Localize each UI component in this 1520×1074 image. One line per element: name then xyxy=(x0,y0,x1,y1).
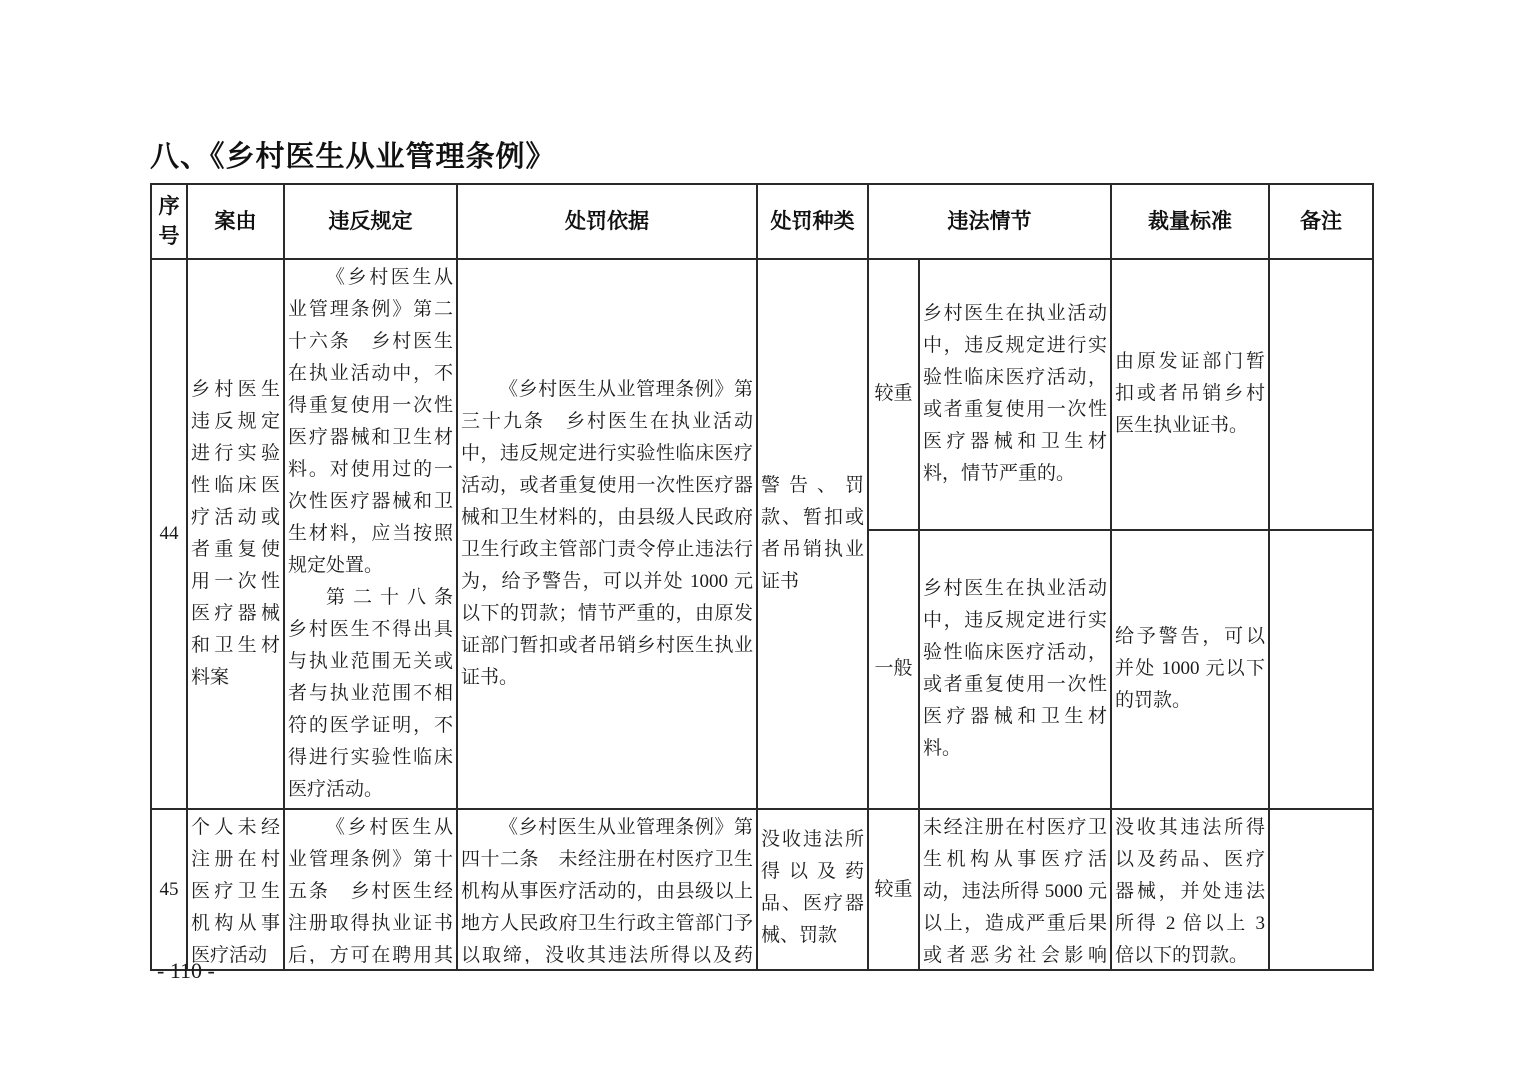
row45-grade-severe: 较重 xyxy=(868,809,919,970)
row45-violation-paragraph: 《乡村医生从业管理条例》第十五条 乡村医生经注册取得执业证书后，方可在聘用其执业… xyxy=(288,812,453,964)
table-row-45: 45 个人未经注册在村医疗卫生机构从事医疗活动 《乡村医生从业管理条例》第十五条… xyxy=(151,809,1373,970)
header-penalty-type: 处罚种类 xyxy=(757,184,868,259)
row45-penalty-type-text: 没收违法所得以及药品、医疗器械、罚款 xyxy=(761,812,864,964)
row45-standard-severe: 没收其违法所得以及药品、医疗器械，并处违法所得 2 倍以上 3 倍以下的罚款。 xyxy=(1111,809,1269,970)
row45-no: 45 xyxy=(151,809,187,970)
row44-case: 乡村医生违反规定进行实验性临床医疗活动或者重复使用一次性医疗器械和卫生材料案 xyxy=(187,259,284,809)
row45-remark xyxy=(1269,809,1373,970)
table-header-row: 序号 案由 违反规定 处罚依据 处罚种类 违法情节 裁量标准 备注 xyxy=(151,184,1373,259)
row44-standard-general: 给予警告，可以并处 1000 元以下的罚款。 xyxy=(1111,530,1269,809)
table-row-44-sub1: 44 乡村医生违反规定进行实验性临床医疗活动或者重复使用一次性医疗器械和卫生材料… xyxy=(151,259,1373,530)
header-violation: 违反规定 xyxy=(284,184,457,259)
penalty-regulation-table: 序号 案由 违反规定 处罚依据 处罚种类 违法情节 裁量标准 备注 44 乡村医… xyxy=(150,183,1374,971)
row44-standard-severe: 由原发证部门暂扣或者吊销乡村医生执业证书。 xyxy=(1111,259,1269,530)
row45-standard-text: 没收其违法所得以及药品、医疗器械，并处违法所得 2 倍以上 3 倍以下的罚款。 xyxy=(1115,812,1265,964)
header-circumstance: 违法情节 xyxy=(868,184,1111,259)
row44-basis-paragraph: 《乡村医生从业管理条例》第三十九条 乡村医生在执业活动中，违反规定进行实验性临床… xyxy=(461,374,753,694)
row44-circumstance-severe: 乡村医生在执业活动中，违反规定进行实验性临床医疗活动，或者重复使用一次性医疗器械… xyxy=(919,259,1111,530)
row45-circumstance-severe: 未经注册在村医疗卫生机构从事医疗活动，违法所得 5000 元以上，造成严重后果或… xyxy=(919,809,1111,970)
row45-violation: 《乡村医生从业管理条例》第十五条 乡村医生经注册取得执业证书后，方可在聘用其执业… xyxy=(284,809,457,970)
header-no: 序号 xyxy=(151,184,187,259)
header-basis: 处罚依据 xyxy=(457,184,757,259)
row44-grade-severe: 较重 xyxy=(868,259,919,530)
row45-case-text: 个人未经注册在村医疗卫生机构从事医疗活动 xyxy=(191,812,280,964)
page-title: 八、《乡村医生从业管理条例》 xyxy=(150,134,556,175)
row44-basis: 《乡村医生从业管理条例》第三十九条 乡村医生在执业活动中，违反规定进行实验性临床… xyxy=(457,259,757,809)
header-case: 案由 xyxy=(187,184,284,259)
row44-violation-paragraph-1: 《乡村医生从业管理条例》第二十六条 乡村医生在执业活动中，不得重复使用一次性医疗… xyxy=(288,262,453,582)
page-number: - 110 - xyxy=(157,958,215,984)
document-page: 八、《乡村医生从业管理条例》 序号 案由 违反规定 处罚依据 处罚种类 违法情节… xyxy=(0,0,1520,1074)
row45-case: 个人未经注册在村医疗卫生机构从事医疗活动 xyxy=(187,809,284,970)
header-standard: 裁量标准 xyxy=(1111,184,1269,259)
header-remark: 备注 xyxy=(1269,184,1373,259)
row44-remark-general xyxy=(1269,530,1373,809)
row44-violation-paragraph-2: 第二十八条 乡村医生不得出具与执业范围无关或者与执业范围不相符的医学证明，不得进… xyxy=(288,582,453,806)
row45-basis-paragraph: 《乡村医生从业管理条例》第四十二条 未经注册在村医疗卫生机构从事医疗活动的，由县… xyxy=(461,812,753,964)
row45-circumstance-text: 未经注册在村医疗卫生机构从事医疗活动，违法所得 5000 元以上，造成严重后果或… xyxy=(923,812,1107,964)
row44-grade-general: 一般 xyxy=(868,530,919,809)
row44-violation: 《乡村医生从业管理条例》第二十六条 乡村医生在执业活动中，不得重复使用一次性医疗… xyxy=(284,259,457,809)
row44-circumstance-general: 乡村医生在执业活动中，违反规定进行实验性临床医疗活动，或者重复使用一次性医疗器械… xyxy=(919,530,1111,809)
row45-penalty-type: 没收违法所得以及药品、医疗器械、罚款 xyxy=(757,809,868,970)
row45-basis: 《乡村医生从业管理条例》第四十二条 未经注册在村医疗卫生机构从事医疗活动的，由县… xyxy=(457,809,757,970)
row44-penalty-type: 警告、罚款、暂扣或者吊销执业证书 xyxy=(757,259,868,809)
row44-remark-severe xyxy=(1269,259,1373,530)
row44-no: 44 xyxy=(151,259,187,809)
